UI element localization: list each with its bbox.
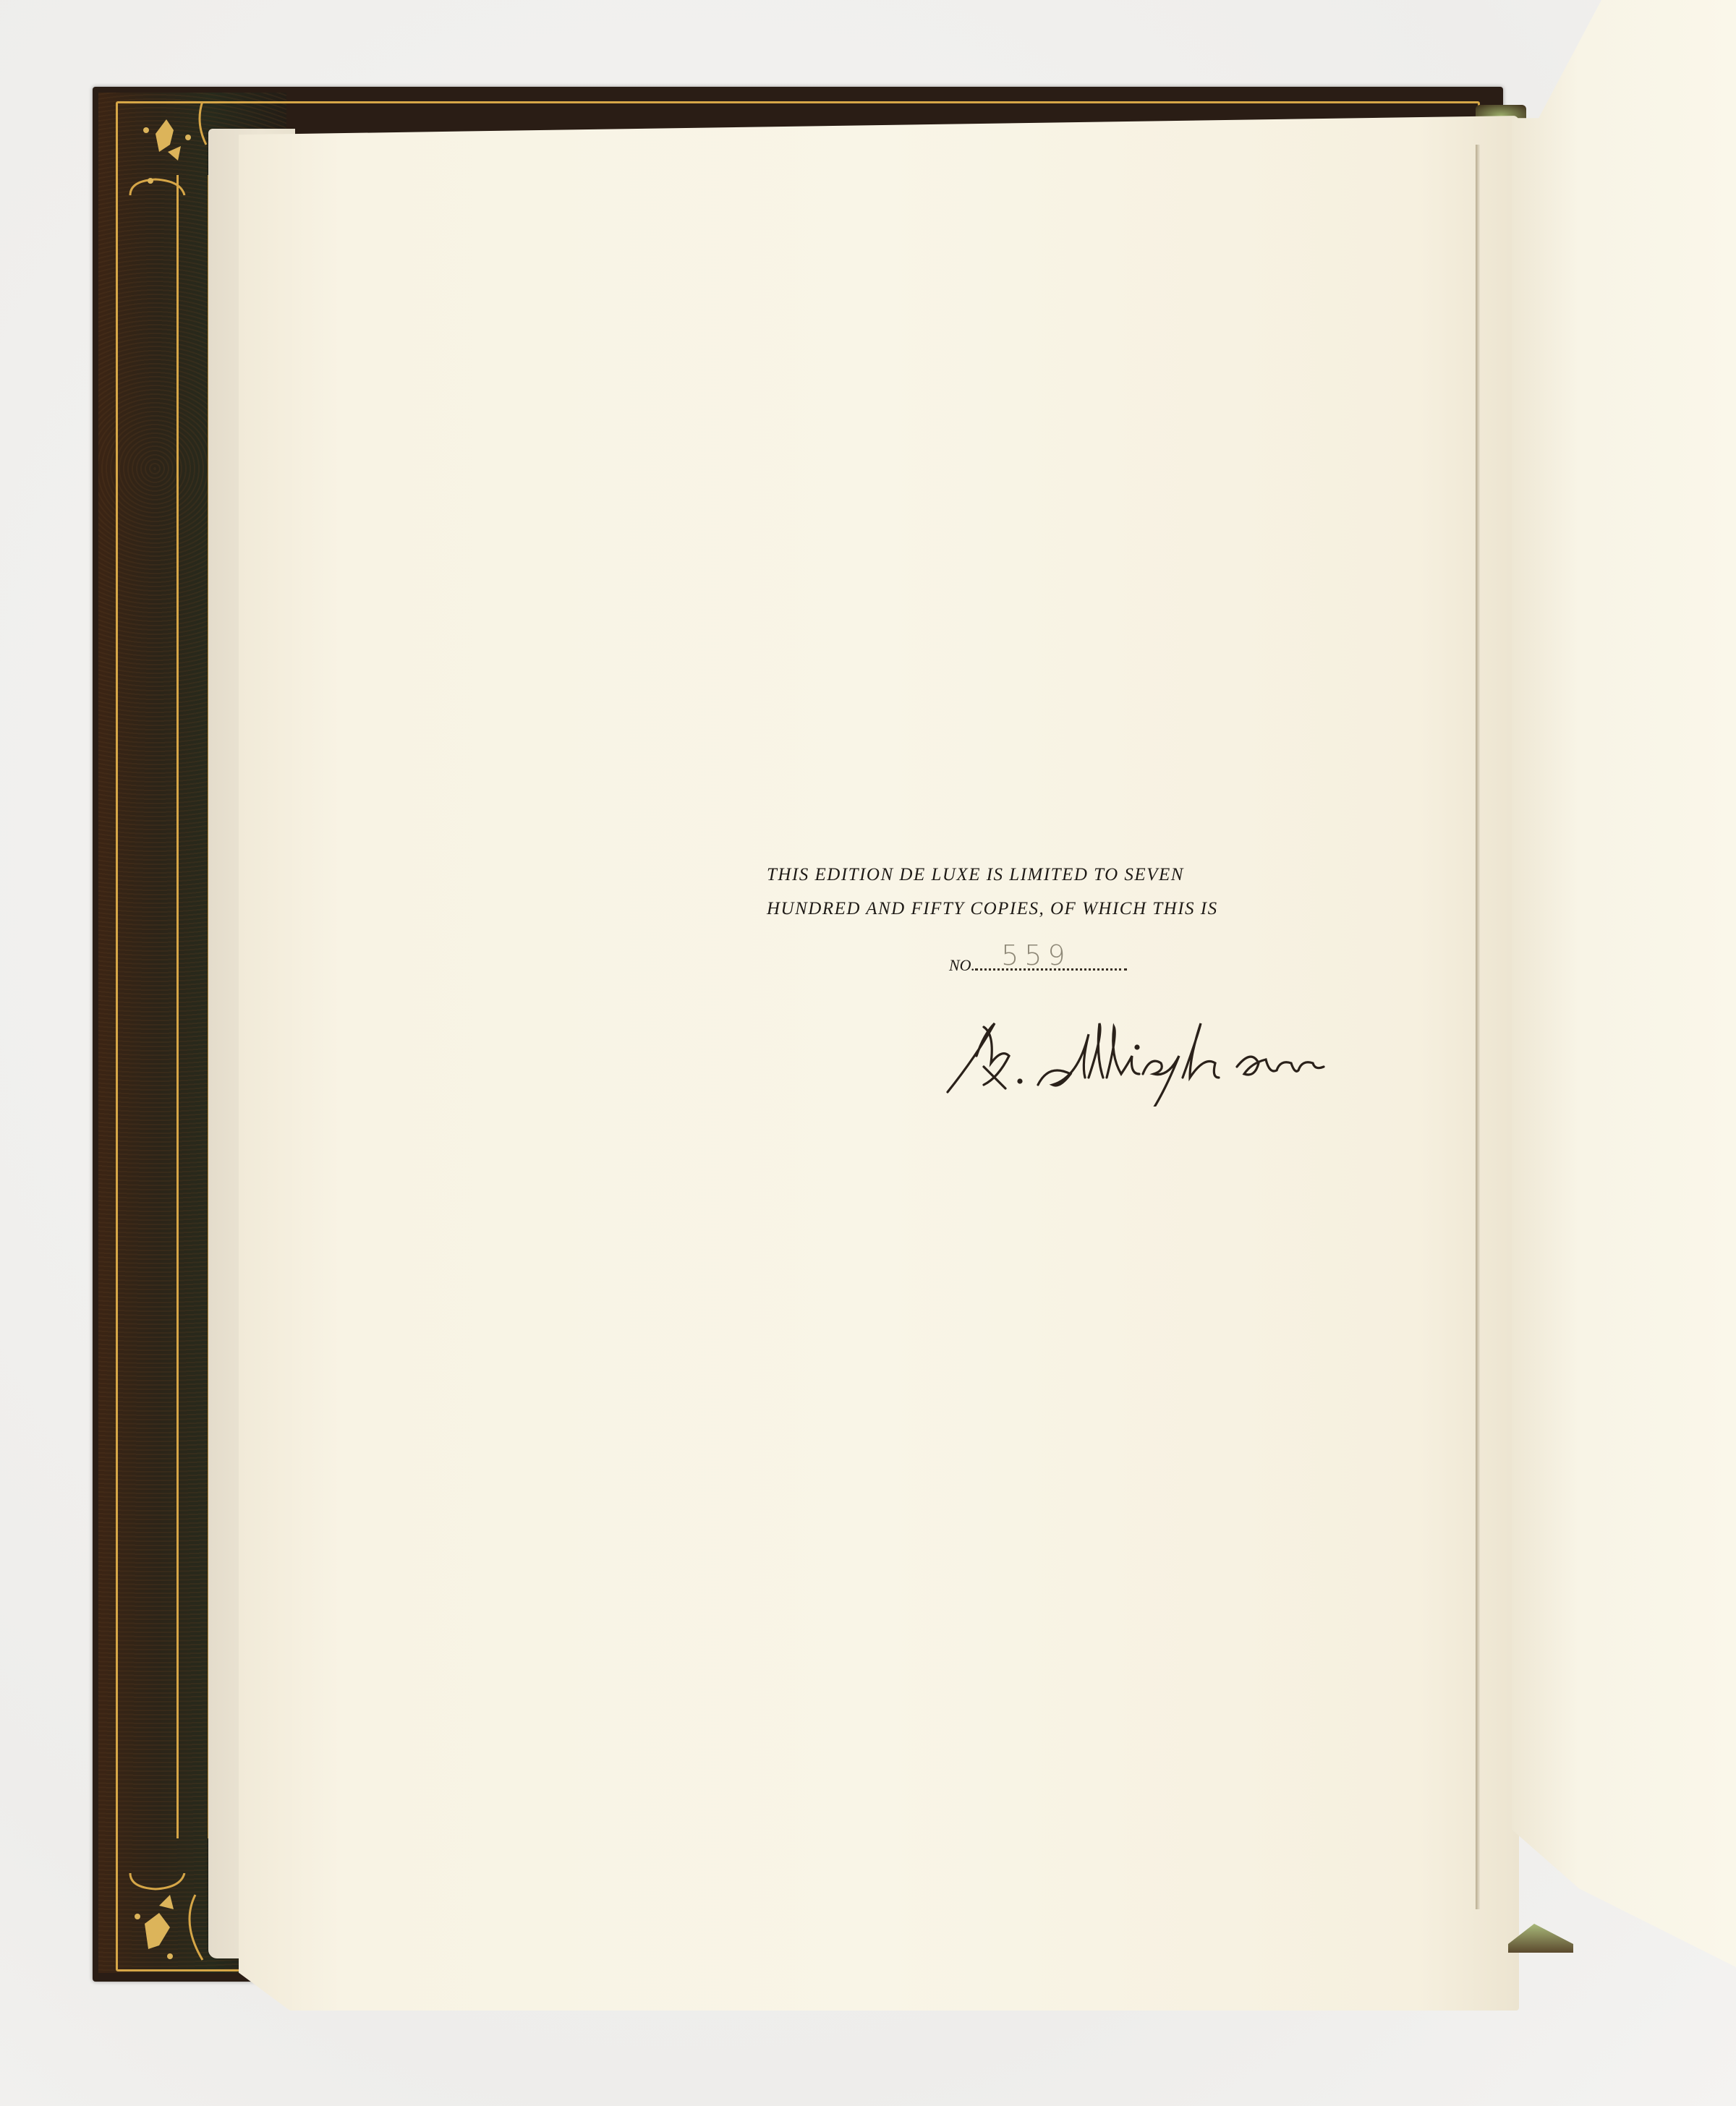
tulip-ornament-icon [116,1873,210,1967]
limitation-statement: THIS EDITION DE LUXE IS LIMITED TO SEVEN… [767,858,1273,926]
page-gutter [1476,145,1480,1909]
gilt-border-inner [176,175,210,1838]
signature-scrawl-icon [933,1005,1396,1107]
limitation-line-2: HUNDRED AND FIFTY COPIES, OF WHICH THIS … [767,892,1273,926]
tulip-ornament-icon [116,101,210,195]
number-dotted-line: 559 [975,968,1127,971]
facing-page [1512,0,1736,1967]
copy-number: 559 [1001,939,1071,971]
limitation-line-1: THIS EDITION DE LUXE IS LIMITED TO SEVEN [767,858,1273,892]
number-label: NO. [949,956,975,974]
author-signature: H. Allingham [933,1005,1396,1107]
copy-number-line: NO.559 [949,956,1127,975]
